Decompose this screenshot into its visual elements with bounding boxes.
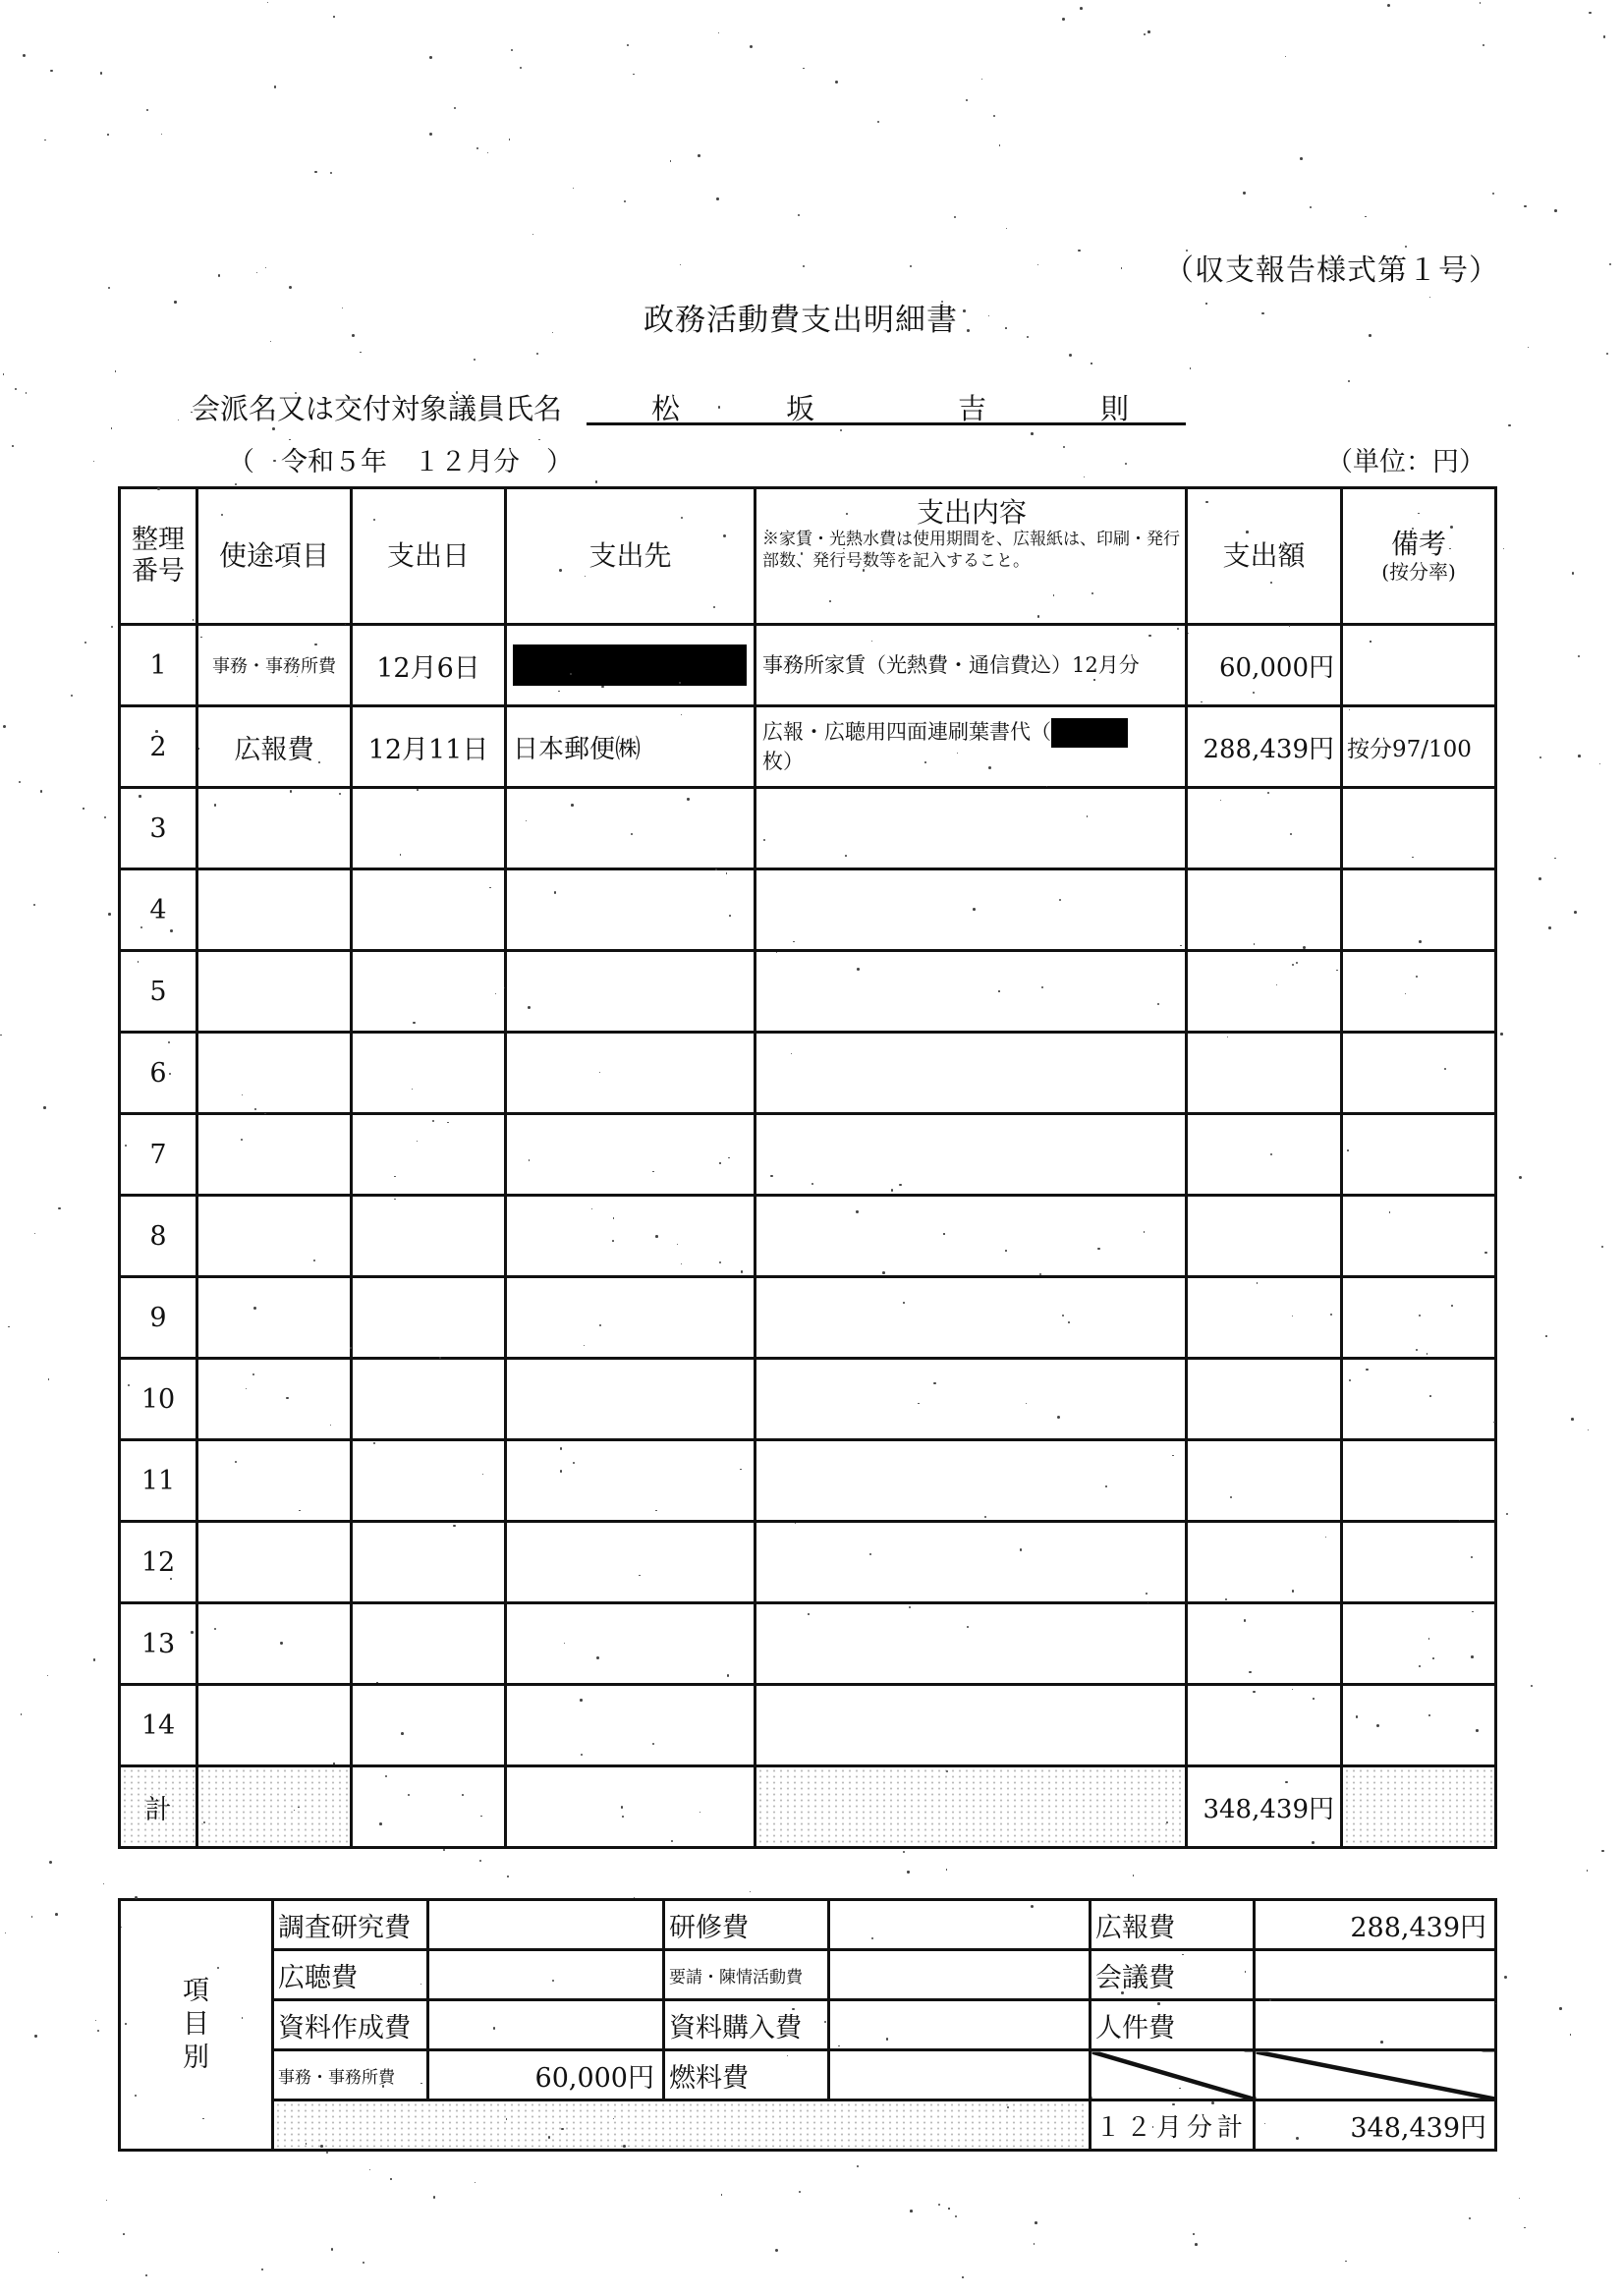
- empty-cell: [197, 951, 352, 1033]
- empty-cell: [197, 1685, 352, 1766]
- summary-amount-hearing: [428, 1950, 664, 2000]
- header-remarks: 備考(按分率): [1342, 488, 1496, 625]
- table-row: 3: [120, 788, 1496, 869]
- empty-cell: [1342, 1359, 1496, 1440]
- empty-cell: [756, 788, 1187, 869]
- table-row: 5: [120, 951, 1496, 1033]
- row-number: 5: [120, 951, 197, 1033]
- table-row: 1 事務・事務所費 12月6日 事務所家賃（光熱費・通信費込）12月分 60,0…: [120, 625, 1496, 706]
- summary-amount-personnel: [1255, 2000, 1496, 2050]
- empty-cell: [352, 1440, 506, 1522]
- empty-cell: [1187, 1440, 1342, 1522]
- row-category: 事務・事務所費: [197, 625, 352, 706]
- member-name-char: 吉: [958, 387, 986, 427]
- table-row: 7: [120, 1114, 1496, 1196]
- total-blank: [352, 1766, 506, 1848]
- month-total-label: １２月分計: [1091, 2100, 1255, 2151]
- row-amount: 60,000円: [1187, 625, 1342, 706]
- summary-amount-fuel: [829, 2050, 1091, 2100]
- empty-cell: [1342, 1033, 1496, 1114]
- unit-label: （単位：円）: [1326, 440, 1485, 478]
- summary-label-materials-purchase: 資料購入費: [664, 2000, 829, 2050]
- total-row: 計 348,439円: [120, 1766, 1496, 1848]
- row-payee: 日本郵便㈱: [506, 706, 756, 788]
- row-number: 6: [120, 1033, 197, 1114]
- empty-cell: [1342, 1440, 1496, 1522]
- diagonal-strike-cell: [1091, 2050, 1255, 2100]
- summary-amount-training: [829, 1900, 1091, 1950]
- empty-cell: [1187, 788, 1342, 869]
- total-blank: [197, 1766, 352, 1848]
- table-row: 14: [120, 1685, 1496, 1766]
- row-number: 2: [120, 706, 197, 788]
- empty-cell: [352, 951, 506, 1033]
- empty-cell: [197, 1196, 352, 1277]
- table-row: 6: [120, 1033, 1496, 1114]
- empty-cell: [1342, 1522, 1496, 1603]
- total-blank: [1342, 1766, 1496, 1848]
- row-number: 14: [120, 1685, 197, 1766]
- empty-cell: [506, 1114, 756, 1196]
- reporting-period: （ 令和５年 １２月分 ）: [228, 440, 573, 478]
- total-amount: 348,439円: [1187, 1766, 1342, 1848]
- empty-cell: [197, 788, 352, 869]
- empty-cell: [352, 1196, 506, 1277]
- summary-amount-meeting: [1255, 1950, 1496, 2000]
- header-category: 使途項目: [197, 488, 352, 625]
- summary-amount-materials-purchase: [829, 2000, 1091, 2050]
- empty-cell: [1342, 788, 1496, 869]
- row-amount: 288,439円: [1187, 706, 1342, 788]
- table-row: 12: [120, 1522, 1496, 1603]
- summary-row: 事務・事務所費 60,000円 燃料費: [120, 2050, 1496, 2100]
- empty-cell: [197, 1359, 352, 1440]
- row-remarks: 按分97/100: [1342, 706, 1496, 788]
- empty-cell: [756, 1196, 1187, 1277]
- empty-cell: [1187, 1114, 1342, 1196]
- header-date: 支出日: [352, 488, 506, 625]
- total-blank: [506, 1766, 756, 1848]
- empty-cell: [506, 869, 756, 951]
- summary-blank: [273, 2100, 1091, 2151]
- header-amount: 支出額: [1187, 488, 1342, 625]
- empty-cell: [1187, 1603, 1342, 1685]
- row-number: 12: [120, 1522, 197, 1603]
- summary-label-hearing: 広聴費: [273, 1950, 428, 2000]
- empty-cell: [1187, 1522, 1342, 1603]
- empty-cell: [1187, 869, 1342, 951]
- empty-cell: [756, 1033, 1187, 1114]
- empty-cell: [756, 1359, 1187, 1440]
- summary-row: 項目別 調査研究費 研修費 広報費 288,439円: [120, 1900, 1496, 1950]
- month-total-amount: 348,439円: [1255, 2100, 1496, 2151]
- empty-cell: [1187, 1277, 1342, 1359]
- summary-amount-materials-creation: [428, 2000, 664, 2050]
- form-number: （収支報告様式第１号）: [1164, 246, 1499, 289]
- row-number: 3: [120, 788, 197, 869]
- empty-cell: [197, 1603, 352, 1685]
- table-row: 9: [120, 1277, 1496, 1359]
- total-blank: [756, 1766, 1187, 1848]
- expenditure-table: 整理番号 使途項目 支出日 支出先 支出内容 ※家賃・光熱水費は使用期間を、広報…: [118, 486, 1497, 1849]
- member-name-label: 会派名又は交付対象議員氏名: [192, 387, 562, 427]
- empty-cell: [1342, 1114, 1496, 1196]
- empty-cell: [352, 869, 506, 951]
- empty-cell: [506, 1033, 756, 1114]
- table-row: 8: [120, 1196, 1496, 1277]
- row-content: 事務所家賃（光熱費・通信費込）12月分: [756, 625, 1187, 706]
- row-number: 11: [120, 1440, 197, 1522]
- summary-row: 資料作成費 資料購入費 人件費: [120, 2000, 1496, 2050]
- empty-cell: [506, 788, 756, 869]
- summary-row: 広聴費 要請・陳情活動費 会議費: [120, 1950, 1496, 2000]
- empty-cell: [352, 1685, 506, 1766]
- summary-label-publicity: 広報費: [1091, 1900, 1255, 1950]
- empty-cell: [756, 1522, 1187, 1603]
- empty-cell: [197, 1033, 352, 1114]
- row-date: 12月6日: [352, 625, 506, 706]
- empty-cell: [197, 1114, 352, 1196]
- row-category: 広報費: [197, 706, 352, 788]
- empty-cell: [506, 1196, 756, 1277]
- category-summary-table: 項目別 調査研究費 研修費 広報費 288,439円 広聴費 要請・陳情活動費 …: [118, 1898, 1497, 2152]
- empty-cell: [1187, 1196, 1342, 1277]
- empty-cell: [506, 1440, 756, 1522]
- summary-amount-petition: [829, 1950, 1091, 2000]
- row-number: 8: [120, 1196, 197, 1277]
- row-number: 9: [120, 1277, 197, 1359]
- empty-cell: [1342, 869, 1496, 951]
- empty-cell: [756, 1440, 1187, 1522]
- row-number: 10: [120, 1359, 197, 1440]
- empty-cell: [1187, 1359, 1342, 1440]
- row-content: 広報・広聴用四面連刷葉書代（枚）: [756, 706, 1187, 788]
- empty-cell: [1187, 1685, 1342, 1766]
- empty-cell: [197, 869, 352, 951]
- document-title: 政務活動費支出明細書: [644, 295, 958, 339]
- summary-label-petition: 要請・陳情活動費: [664, 1950, 829, 2000]
- empty-cell: [756, 1603, 1187, 1685]
- empty-cell: [756, 1685, 1187, 1766]
- summary-label-meeting: 会議費: [1091, 1950, 1255, 2000]
- empty-cell: [352, 1114, 506, 1196]
- empty-cell: [506, 1359, 756, 1440]
- empty-cell: [352, 1603, 506, 1685]
- summary-label-materials-creation: 資料作成費: [273, 2000, 428, 2050]
- row-number: 7: [120, 1114, 197, 1196]
- table-row: 10: [120, 1359, 1496, 1440]
- empty-cell: [1342, 1196, 1496, 1277]
- empty-cell: [197, 1440, 352, 1522]
- member-name-char: 坂: [786, 387, 814, 427]
- header-payee: 支出先: [506, 488, 756, 625]
- empty-cell: [506, 1277, 756, 1359]
- redaction-block: [513, 644, 747, 686]
- empty-cell: [1342, 1277, 1496, 1359]
- summary-amount-research: [428, 1900, 664, 1950]
- summary-label-research: 調査研究費: [273, 1900, 428, 1950]
- redaction-block: [1051, 718, 1128, 748]
- summary-label-office: 事務・事務所費: [273, 2050, 428, 2100]
- empty-cell: [352, 1522, 506, 1603]
- empty-cell: [1187, 1033, 1342, 1114]
- empty-cell: [197, 1277, 352, 1359]
- table-row: 4: [120, 869, 1496, 951]
- empty-cell: [506, 1603, 756, 1685]
- diagonal-strike-cell: [1255, 2050, 1496, 2100]
- row-date: 12月11日: [352, 706, 506, 788]
- empty-cell: [352, 1277, 506, 1359]
- empty-cell: [1342, 951, 1496, 1033]
- empty-cell: [756, 1277, 1187, 1359]
- summary-side-label: 項目別: [120, 1900, 273, 2151]
- empty-cell: [1187, 951, 1342, 1033]
- empty-cell: [756, 1114, 1187, 1196]
- empty-cell: [506, 1685, 756, 1766]
- row-number: 4: [120, 869, 197, 951]
- summary-total-row: １２月分計 348,439円: [120, 2100, 1496, 2151]
- summary-amount-office: 60,000円: [428, 2050, 664, 2100]
- table-header-row: 整理番号 使途項目 支出日 支出先 支出内容 ※家賃・光熱水費は使用期間を、広報…: [120, 488, 1496, 625]
- row-number: 13: [120, 1603, 197, 1685]
- header-content: 支出内容 ※家賃・光熱水費は使用期間を、広報紙は、印刷・発行部数、発行号数等を記…: [756, 488, 1187, 625]
- summary-label-fuel: 燃料費: [664, 2050, 829, 2100]
- row-payee: [506, 625, 756, 706]
- empty-cell: [506, 951, 756, 1033]
- summary-label-personnel: 人件費: [1091, 2000, 1255, 2050]
- empty-cell: [506, 1522, 756, 1603]
- member-name-char: 松: [651, 387, 680, 427]
- table-row: 11: [120, 1440, 1496, 1522]
- empty-cell: [352, 788, 506, 869]
- total-label: 計: [120, 1766, 197, 1848]
- row-remarks: [1342, 625, 1496, 706]
- empty-cell: [352, 1033, 506, 1114]
- empty-cell: [756, 869, 1187, 951]
- empty-cell: [197, 1522, 352, 1603]
- summary-amount-publicity: 288,439円: [1255, 1900, 1496, 1950]
- empty-cell: [1342, 1685, 1496, 1766]
- member-name-char: 則: [1100, 387, 1129, 427]
- header-number: 整理番号: [120, 488, 197, 625]
- empty-cell: [1342, 1603, 1496, 1685]
- summary-label-training: 研修費: [664, 1900, 829, 1950]
- table-row: 2 広報費 12月11日 日本郵便㈱ 広報・広聴用四面連刷葉書代（枚） 288,…: [120, 706, 1496, 788]
- row-number: 1: [120, 625, 197, 706]
- empty-cell: [756, 951, 1187, 1033]
- empty-cell: [352, 1359, 506, 1440]
